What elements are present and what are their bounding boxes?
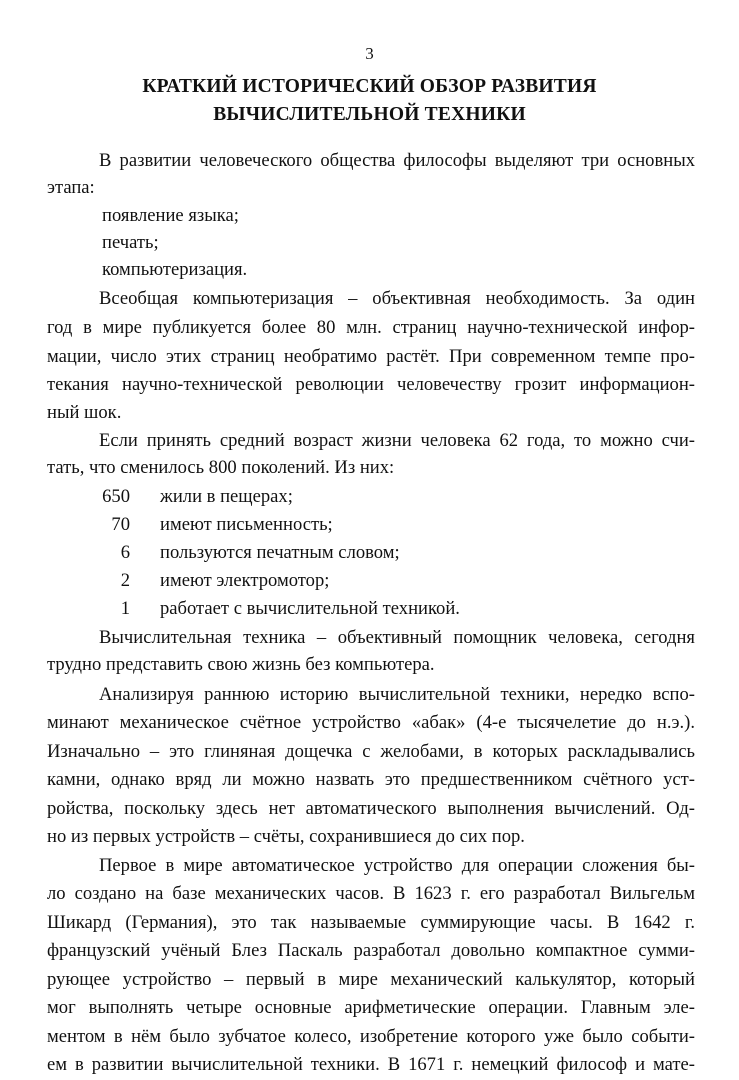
paragraph-line: камни, однако вряд ли можно назвать это … (47, 769, 695, 791)
paragraph-line: Если принять средний возраст жизни челов… (99, 430, 695, 452)
generation-text: имеют электромотор; (160, 570, 329, 592)
paragraph-line: минают механическое счётное устройство «… (47, 712, 695, 734)
generation-count: 70 (100, 514, 130, 536)
generation-count: 2 (100, 570, 130, 592)
generation-text: пользуются печатным словом; (160, 542, 400, 564)
generation-text: имеют письменность; (160, 514, 333, 536)
paragraph-line: но из первых устройств – счёты, сохранив… (47, 826, 695, 848)
generation-count: 1 (100, 598, 130, 620)
generation-count: 6 (100, 542, 130, 564)
paragraph-line: текания научно-технической революции чел… (47, 374, 695, 396)
paragraph-line: мации, число этих страниц необратимо рас… (47, 346, 695, 368)
generation-count: 650 (100, 486, 130, 508)
paragraph-line: год в мире публикуется более 80 млн. стр… (47, 317, 695, 339)
paragraph-line: ло создано на базе механических часов. В… (47, 883, 695, 905)
paragraph-line: мог выполнять четыре основные арифметиче… (47, 997, 695, 1019)
list-item: появление языка; (102, 205, 739, 227)
paragraph-line: Изначально – это глиняная дощечка с жело… (47, 741, 695, 763)
generation-text: работает с вычислительной техникой. (160, 598, 460, 620)
paragraph-line: трудно представить свою жизнь без компью… (47, 654, 695, 676)
paragraph-line: тать, что сменилось 800 поколений. Из ни… (47, 457, 695, 479)
paragraph-line: рующее устройство – первый в мире механи… (47, 969, 695, 991)
paragraph-line: В развитии человеческого общества филосо… (99, 150, 695, 172)
list-item: компьютеризация. (102, 259, 739, 281)
paragraph-line: ный шок. (47, 402, 695, 424)
paragraph-line: Вычислительная техника – объективный пом… (99, 627, 695, 649)
paragraph-line: ментом в нём было зубчатое колесо, изобр… (47, 1026, 695, 1048)
paragraph-line: Анализируя раннюю историю вычислительной… (99, 684, 695, 706)
paragraph-line: французский учёный Блез Паскаль разработ… (47, 940, 695, 962)
list-item: печать; (102, 232, 739, 254)
paragraph-line: ройства, поскольку здесь нет автоматичес… (47, 798, 695, 820)
generation-text: жили в пещерах; (160, 486, 293, 508)
paragraph-line: Всеобщая компьютеризация – объективная н… (99, 288, 695, 310)
paragraph-line: этапа: (47, 177, 695, 199)
page-number: 3 (0, 44, 739, 64)
paragraph-line: Первое в мире автоматическое устройство … (99, 855, 695, 877)
paragraph-line: ем в развитии вычислительной техники. В … (47, 1054, 695, 1076)
paragraph-line: Шикард (Германия), это так называемые су… (47, 912, 695, 934)
title-line-1: КРАТКИЙ ИСТОРИЧЕСКИЙ ОБЗОР РАЗВИТИЯ (0, 76, 739, 98)
title-line-2: ВЫЧИСЛИТЕЛЬНОЙ ТЕХНИКИ (0, 104, 739, 126)
